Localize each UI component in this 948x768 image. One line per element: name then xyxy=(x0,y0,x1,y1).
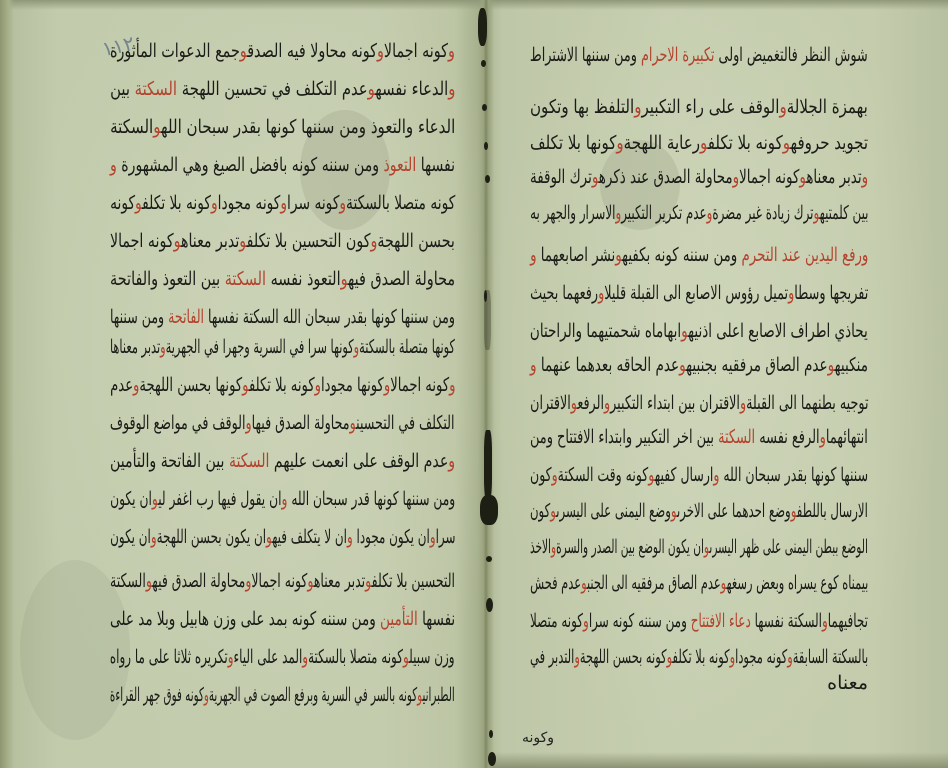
body-text: الاخذ xyxy=(530,536,551,558)
body-text: كونه بحسن اللهجة xyxy=(580,646,667,668)
body-text: كونه بلا تكلف xyxy=(708,132,783,154)
rubric-text: و xyxy=(700,132,708,154)
body-text: بحسن اللهجة xyxy=(377,230,455,252)
body-text: سرا xyxy=(435,526,455,548)
body-text: كونها بحسن اللهجة xyxy=(139,374,242,396)
body-text: كون xyxy=(530,464,552,486)
body-text: بين xyxy=(110,78,135,100)
body-text: محاولة الصدق فيه xyxy=(348,268,455,290)
rubric-text: و xyxy=(429,526,435,548)
body-text: الوقف على راء التكبير xyxy=(642,96,780,118)
manuscript-line: منكبيهوعدم الصاق مرفقيه بجنبيهوعدم الحاق… xyxy=(530,352,868,378)
body-text: نشر اصابعهما xyxy=(536,244,615,266)
binding-hole xyxy=(488,752,496,766)
body-text: تفريجها وسطا xyxy=(794,282,868,304)
manuscript-line: ومن سننها كونها قدر سبحان الله وان يقول … xyxy=(110,486,455,512)
body-text: ان يكون xyxy=(110,526,151,548)
manuscript-line: الارسال باللطفووضع احدهما على الاخرىووضع… xyxy=(530,498,868,524)
body-text: كونه وقت السكتة xyxy=(558,464,649,486)
body-text: عدم xyxy=(110,374,133,396)
body-text: التحسين بلا تكلف xyxy=(372,570,455,592)
body-text: الدعاء نفسه xyxy=(375,78,448,100)
body-text: ان لا يتكلف فيه xyxy=(272,526,347,548)
page-top-edge xyxy=(0,0,948,10)
rubric-text: و xyxy=(861,166,868,188)
body-text: التدبر في xyxy=(530,646,574,668)
binding-gutter xyxy=(478,0,494,768)
manuscript-line: كونها متصلة بالسكتةوكونها سرا في السرية … xyxy=(110,334,455,360)
body-text: بالسكتة السابقة xyxy=(793,646,868,668)
manuscript-line: وكونه اجمالاوكونها مجوداوكونه بلا تكلفوك… xyxy=(110,372,455,398)
binding-hole xyxy=(482,104,487,111)
manuscript-line: وكونه اجمالاوكونه محاولا فيه الصدقوجمع ا… xyxy=(110,38,455,64)
rubric-text: و xyxy=(598,282,604,304)
manuscript-line: والدعاء نفسهوعدم التكلف في تحسين اللهجة … xyxy=(110,76,455,102)
binding-hole xyxy=(485,175,490,183)
rubric-text: و xyxy=(339,192,346,214)
rubric-text: و xyxy=(862,244,868,266)
rubric-text: دعاء الافتتاح xyxy=(691,610,751,632)
body-text: كونها سرا في السرية وجهرا في الجهرية xyxy=(166,336,354,358)
manuscript-line: نفسها التعوذ ومن سننه كونه بافضل الصيغ و… xyxy=(110,152,455,178)
body-text: كون xyxy=(530,500,550,522)
rubric-text: و xyxy=(615,202,621,224)
rubric-text: و xyxy=(720,572,726,594)
manuscript-line: وزن سبيلوكونه متصلا بالسكتةوالمد على الي… xyxy=(110,644,455,670)
rubric-text: و xyxy=(739,392,745,414)
rubric-text: السكتة xyxy=(134,78,176,100)
rubric-text: السكتة xyxy=(225,268,266,290)
manuscript-line: تجافيهماوالسكتة نفسها دعاء الافتتاح ومن … xyxy=(530,608,868,634)
rubric-text: و xyxy=(733,166,740,188)
body-text: كونه متصلا xyxy=(530,610,583,632)
body-text: ومن سننه كونه سرا xyxy=(589,610,691,632)
manuscript-line: الطبرانيوكونه بالسر في السرية وبرفع الصو… xyxy=(110,682,455,708)
rubric-text: و xyxy=(211,192,218,214)
body-text: كونها مجودا xyxy=(321,374,384,396)
body-text: عدم الصاق مرفقيه الى الجنب xyxy=(587,572,721,594)
body-text: محاولة الصدق فيها xyxy=(252,412,350,434)
rubric-text: و xyxy=(530,244,536,266)
body-text: كونه متصلا بالسكتة xyxy=(309,646,404,668)
body-text: توجيه بطنهما الى القبلة xyxy=(746,392,868,414)
body-text: ومن سننها الاشتراط xyxy=(530,44,641,66)
rubric-text: و xyxy=(581,572,587,594)
rubric-text: و xyxy=(367,78,375,100)
rubric-text: و xyxy=(813,202,819,224)
binding-hole xyxy=(481,60,486,67)
rubric-text: السكتة xyxy=(718,426,755,448)
rubric-text: و xyxy=(648,464,654,486)
body-text: ان يكون بحسن اللهجة xyxy=(156,526,265,548)
body-text: ان يكون xyxy=(110,488,152,510)
body-text: جمع الدعوات المأثورة xyxy=(110,40,240,62)
rubric-text: و xyxy=(150,526,156,548)
body-text: انتهائهما xyxy=(826,426,868,448)
rubric-text: و xyxy=(448,78,455,100)
body-text: كونه اجمالا xyxy=(251,570,307,592)
body-text: كونه بلا تكلف xyxy=(249,374,315,396)
rubric-text: و xyxy=(281,488,287,510)
manuscript-line: توجيه بطنهما الى القبلةوالاقتران بين ابت… xyxy=(530,390,868,416)
body-text: منكبيه xyxy=(835,354,868,376)
rubric-text: و xyxy=(266,526,272,548)
binding-hole xyxy=(484,290,491,350)
body-text: الرفع نفسه xyxy=(755,426,820,448)
body-text: ومن سننه كونه بكفيه xyxy=(622,244,741,266)
manuscript-line: ورفع اليدين عند التحرم ومن سننه كونه بكف… xyxy=(530,242,868,268)
catchword: وكونه xyxy=(522,730,554,746)
body-text: التلفظ بها وتكون xyxy=(530,96,634,118)
manuscript-line: التحسين بلا تكلفوتدبر معناهوكونه اجمالاو… xyxy=(110,568,455,594)
binding-hole xyxy=(484,142,488,150)
rubric-text: و xyxy=(135,192,142,214)
body-text: بيمناه كوع يسراه وبعض رسغه xyxy=(726,572,868,594)
body-text: وزن سبيل xyxy=(410,646,455,668)
binding-hole xyxy=(486,598,493,612)
binding-hole xyxy=(486,556,492,562)
manuscript-line: بالسكتة السابقةوكونه مجوداوكونه بلا تكلف… xyxy=(530,644,868,670)
body-text: كونه بلا تكلف xyxy=(672,646,729,668)
manuscript-line: شوش النظر فالتغميض اولى تكبيرة الاحرام و… xyxy=(530,42,868,68)
body-text: عدم فحش xyxy=(530,572,581,594)
body-text: معناه xyxy=(827,672,868,694)
rubric-text: و xyxy=(788,282,794,304)
body-text: الاقتران بين ابتداء التكبير xyxy=(610,392,740,414)
rubric-text: التعوذ xyxy=(383,154,416,176)
manuscript-line: وعدم الوقف على انعمت عليهم السكتة بين ال… xyxy=(110,448,455,474)
body-text: ابهاماه شحمتيهما والراحتان xyxy=(530,320,681,342)
body-text: ان يكون مجودا xyxy=(352,526,429,548)
rubric-text: و xyxy=(570,392,577,414)
body-text: ومن سننها xyxy=(110,306,168,328)
body-text: بهمزة الجلالة xyxy=(787,96,868,118)
manuscript-spread: ١١٢ وكونه اجمالاوكونه محاولا فيه الصدقوج… xyxy=(0,0,948,768)
rubric-text: و xyxy=(783,132,791,154)
body-text: ومن سننه كونه بافضل الصيغ وهي المشهورة xyxy=(117,154,384,176)
manuscript-line: الوضع ببطن اليمنى على ظهر اليسرىوان يكون… xyxy=(530,534,868,560)
body-text: كونه محاولا فيه الصدق xyxy=(247,40,377,62)
body-text: ان يقول فيها رب اغفر لي xyxy=(158,488,281,510)
body-text: ومن سننه كونه بمد على وزن هابيل وبلا مد … xyxy=(110,608,380,630)
body-text: الاسرار والجهر به xyxy=(530,202,615,224)
body-text: عدم الصاق مرفقيه بجنبيه xyxy=(686,354,828,376)
body-text: كونه xyxy=(110,192,135,214)
body-text: كونه بلا تكلف xyxy=(142,192,211,214)
body-text: بين اخر التكبير وابتداء الافتتاح ومن xyxy=(530,426,718,448)
body-text: كونه اجمالا xyxy=(390,374,449,396)
rubric-text: التأمين xyxy=(380,608,418,630)
body-text: رعاية اللهجة xyxy=(624,132,700,154)
body-text: الرفع xyxy=(577,392,604,414)
rubric-text: رفع اليدين عند التحرم xyxy=(741,244,861,266)
rubric-text: و xyxy=(615,244,622,266)
manuscript-line: بحسن اللهجةوكون التحسين بلا تكلفوتدبر مع… xyxy=(110,228,455,254)
manuscript-line: ومن سننها كونها بقدر سبحان الله السكتة ن… xyxy=(110,304,455,330)
manuscript-line: معناه xyxy=(827,670,868,696)
binding-hole xyxy=(489,730,493,738)
body-text: تميل رؤوس الاصابع الى القبلة قليلا xyxy=(604,282,788,304)
body-text: السكتة xyxy=(110,570,146,592)
body-text: السكتة xyxy=(110,116,153,138)
body-text: وضع احدهما على الاخرى xyxy=(677,500,791,522)
body-text: السكتة نفسها xyxy=(751,610,822,632)
body-text: كونه سرا xyxy=(287,192,339,214)
body-text: محاولة الصدق عند ذكره xyxy=(599,166,733,188)
body-text: وضع اليمنى على اليسرى xyxy=(556,500,671,522)
rubric-text: و xyxy=(133,374,139,396)
body-text: تجافيهما xyxy=(828,610,868,632)
manuscript-line: سراوان يكون مجودا وان لا يتكلف فيهوان يك… xyxy=(110,524,455,550)
right-page-text: شوش النظر فالتغميض اولى تكبيرة الاحرام و… xyxy=(530,38,868,688)
rubric-text: و xyxy=(799,166,806,188)
rubric-text: و xyxy=(448,40,455,62)
manuscript-line: وتدبر معناهوكونه اجمالاومحاولة الصدق عند… xyxy=(530,164,868,190)
page-bottom-edge xyxy=(484,752,948,768)
manuscript-line: بين كلمتيهوترك زيادة غير مضرةوعدم تكرير … xyxy=(530,200,868,226)
body-text: بين التعوذ والفاتحة xyxy=(110,268,225,290)
manuscript-line: نفسها التأمين ومن سننه كونه بمد على وزن … xyxy=(110,606,455,632)
manuscript-line: سننها كونها بقدر سبحان الله وارسال كفيهو… xyxy=(530,462,868,488)
body-text: كونه بالسر في السرية وبرفع الصوت في الجه… xyxy=(209,684,417,706)
body-text: تدبر معناه xyxy=(181,230,239,252)
body-text: الاقتران xyxy=(530,392,571,414)
left-page-text: وكونه اجمالاوكونه محاولا فيه الصدقوجمع ا… xyxy=(110,38,455,678)
body-text: عدم تكرير التكبير xyxy=(621,202,706,224)
body-text: رفعهما بحيث xyxy=(530,282,598,304)
body-text: كونه فوق جهر القراءة xyxy=(110,684,204,706)
body-text: كونه اجمالا xyxy=(384,40,448,62)
body-text: ومن سننها كونها قدر سبحان الله xyxy=(287,488,455,510)
rubric-text: و xyxy=(592,166,599,188)
body-text: ارسال كفيه xyxy=(655,464,714,486)
rubric-text: و xyxy=(340,268,347,290)
body-text: تكريره ثلاثا على ما رواه xyxy=(110,646,228,668)
manuscript-line: محاولة الصدق فيهوالتعوذ نفسه السكتة بين … xyxy=(110,266,455,292)
binding-hole xyxy=(478,8,487,46)
rubric-text: تكبيرة الاحرام xyxy=(641,44,714,66)
rubric-text: و xyxy=(449,374,455,396)
body-text: محاولة الصدق فيه xyxy=(152,570,245,592)
body-text: كونه متصلا بالسكتة xyxy=(346,192,455,214)
body-text: ان يكون الوضع بين الصدر والسرة xyxy=(556,536,704,558)
body-text: نفسها xyxy=(418,608,455,630)
rubric-text: الفاتحة xyxy=(168,306,204,328)
body-text: الطبراني xyxy=(423,684,455,706)
rubric-text: و xyxy=(347,526,353,548)
body-text: ترك الوقفة xyxy=(530,166,592,188)
body-text: سننها كونها بقدر سبحان الله xyxy=(719,464,868,486)
rubric-text: و xyxy=(242,374,249,396)
rubric-text: و xyxy=(153,116,161,138)
rubric-text: و xyxy=(603,392,609,414)
binding-hole xyxy=(484,430,492,500)
body-text: يحاذي اطراف الاصابع اعلى اذنيه xyxy=(688,320,868,342)
manuscript-line: تجويد حروفهوكونه بلا تكلفورعاية اللهجةوك… xyxy=(530,130,868,156)
body-text: بين كلمتيه xyxy=(819,202,868,224)
body-text: عدم الوقف على انعمت عليهم xyxy=(269,450,448,472)
body-text: بين الفاتحة والتأمين xyxy=(110,450,229,472)
rubric-text: و xyxy=(152,488,158,510)
rubric-text: و xyxy=(314,374,320,396)
body-text: عدم التكلف في تحسين اللهجة xyxy=(177,78,368,100)
page-left-edge xyxy=(0,0,14,768)
body-text: الدعاء والتعوذ ومن سننها كونها بقدر سبحا… xyxy=(161,116,455,138)
body-text: كونه اجمالا xyxy=(110,230,174,252)
body-text: كونه مجودا xyxy=(217,192,280,214)
manuscript-line: يحاذي اطراف الاصابع اعلى اذنيهوابهاماه ش… xyxy=(530,318,868,344)
rubric-text: و xyxy=(448,450,455,472)
body-text: التكلف في التحسين xyxy=(357,412,455,434)
manuscript-line: كونه متصلا بالسكتةوكونه سراوكونه مجوداوك… xyxy=(110,190,455,216)
body-text: كونها متصلة بالسكتة xyxy=(359,336,455,358)
manuscript-line: الدعاء والتعوذ ومن سننها كونها بقدر سبحا… xyxy=(110,114,455,140)
manuscript-line: تفريجها وسطاوتميل رؤوس الاصابع الى القبل… xyxy=(530,280,868,306)
body-text: الوضع ببطن اليمنى على ظهر اليسرى xyxy=(710,536,868,558)
rubric-text: و xyxy=(383,374,389,396)
rubric-text: السكتة xyxy=(229,450,269,472)
body-text: عدم الحاقه بعدهما عنهما xyxy=(537,354,680,376)
body-text: تدبر معناها xyxy=(110,336,160,358)
rubric-text: و xyxy=(280,192,287,214)
manuscript-line: بهمزة الجلالةوالوقف على راء التكبيروالتل… xyxy=(530,94,868,120)
manuscript-line: بيمناه كوع يسراه وبعض رسغهوعدم الصاق مرف… xyxy=(530,570,868,596)
body-text: تدبر معناه xyxy=(806,166,861,188)
rubric-text: و xyxy=(706,202,712,224)
manuscript-line: انتهائهماوالرفع نفسه السكتة بين اخر التك… xyxy=(530,424,868,450)
manuscript-line: التكلف في التحسينومحاولة الصدق فيهاوالوق… xyxy=(110,410,455,436)
body-text: شوش النظر فالتغميض اولى xyxy=(715,44,868,66)
body-text: تجويد حروفه xyxy=(790,132,868,154)
body-text: كونها بلا تكلف xyxy=(530,132,616,154)
binding-hole xyxy=(480,495,498,525)
body-text: كونه اجمالا xyxy=(739,166,799,188)
body-text: المد على الياء xyxy=(234,646,303,668)
body-text: ترك زيادة غير مضرة xyxy=(712,202,813,224)
body-text: الارسال باللطف xyxy=(797,500,868,522)
body-text: ومن سننها كونها بقدر سبحان الله السكتة ن… xyxy=(204,306,455,328)
body-text: نفسها xyxy=(416,154,455,176)
body-text: التعوذ نفسه xyxy=(266,268,341,290)
body-text: كون التحسين بلا تكلف xyxy=(247,230,371,252)
body-text: كونه مجودا xyxy=(735,646,787,668)
body-text: تدبر معناه xyxy=(314,570,365,592)
body-text: الوقف في مواضع الوقوف xyxy=(110,412,246,434)
